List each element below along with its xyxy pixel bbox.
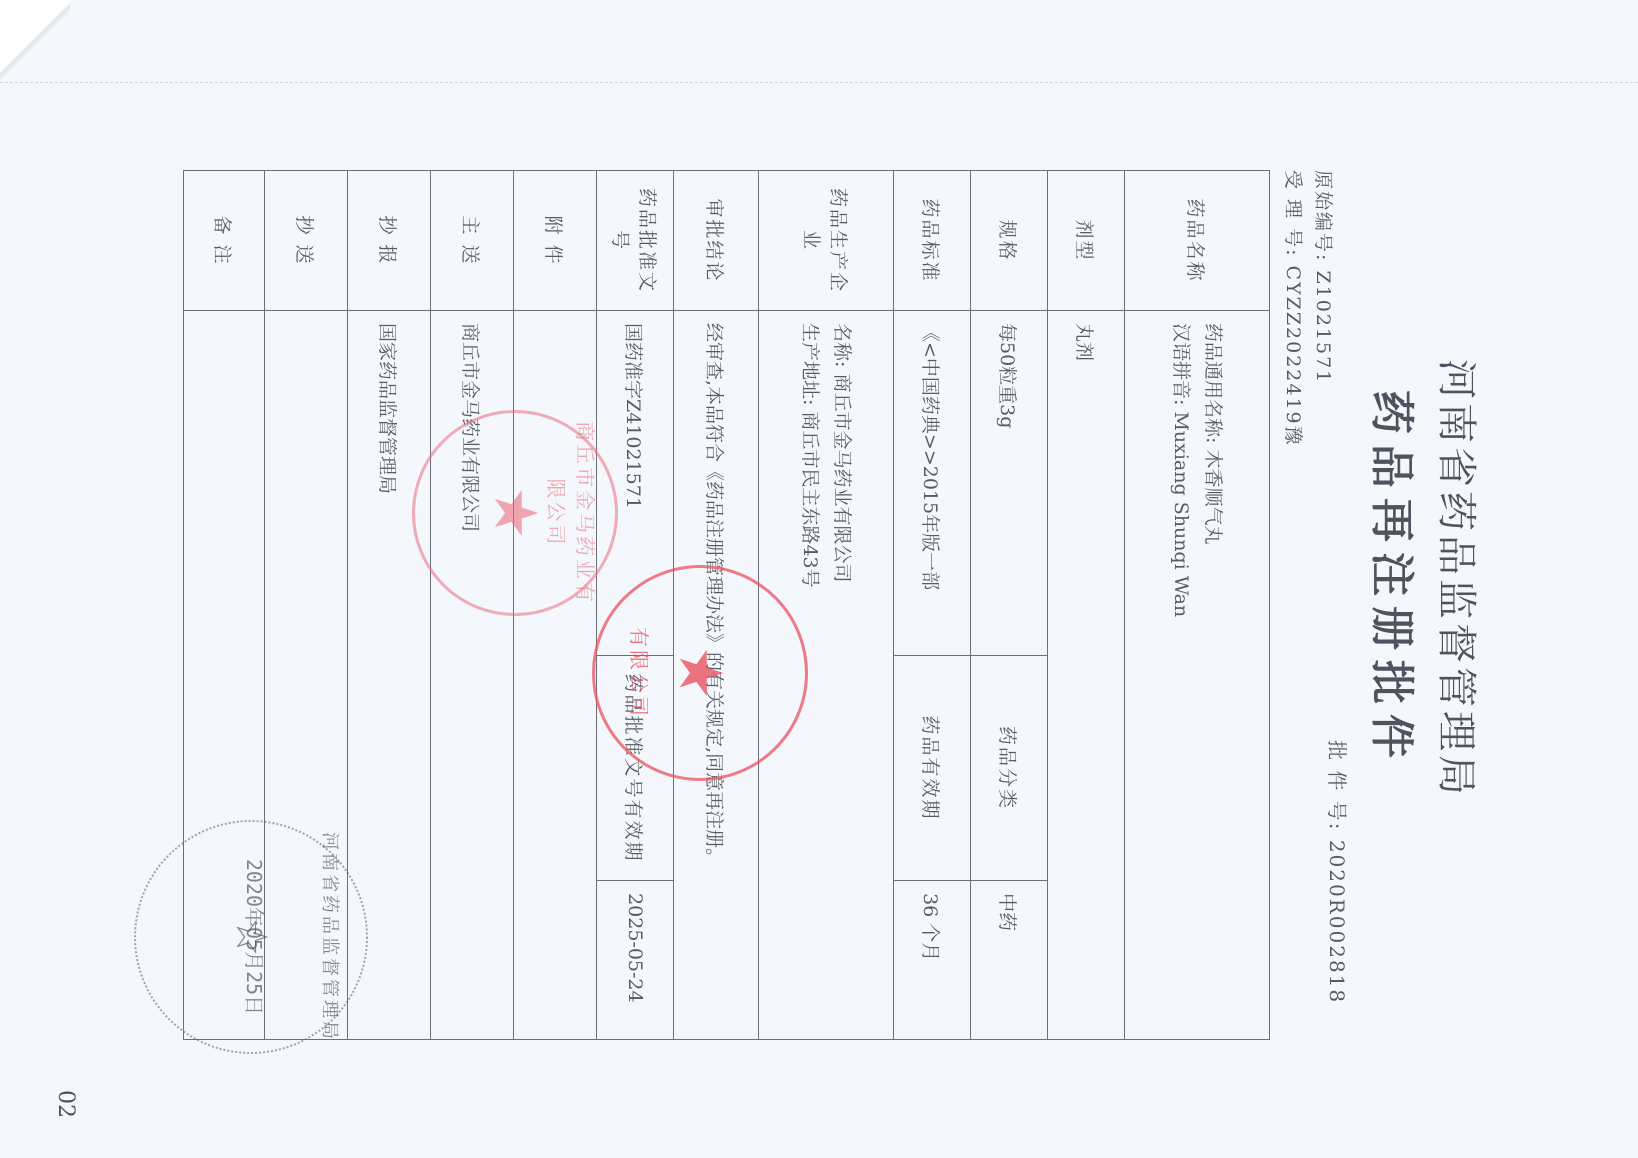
document-page: 河南省药品监督管理局 药品再注册批件 批 件 号: 2020R002818 原始…	[0, 0, 1638, 1158]
acceptance-number-value: CYZZ2022419豫	[1282, 266, 1304, 447]
table-row: 药品名称 药品通用名称: 木香顺气丸 汉语拼音: Muxiang Shunqi …	[1125, 171, 1270, 1040]
original-number-value: Z1021571	[1312, 270, 1334, 384]
generic-name: 药品通用名称: 木香顺气丸	[1197, 323, 1229, 1027]
pinyin-label: 汉语拼音:	[1170, 323, 1192, 405]
spec-value: 每50粒重3g	[971, 311, 1048, 656]
star-icon: ★	[480, 486, 550, 540]
attachment-label: 附 件	[514, 171, 597, 311]
drug-name-cell: 药品通用名称: 木香顺气丸 汉语拼音: Muxiang Shunqi Wan	[1125, 311, 1270, 1040]
standard-value: 《<中国药典>>2015年版一部	[894, 311, 971, 656]
remark-label: 备 注	[184, 171, 265, 311]
manufacturer-name: 名称: 商丘市金马药业有限公司	[826, 323, 858, 1027]
validity-label: 药品有效期	[894, 656, 971, 881]
original-number: 原始编号: Z1021571	[1311, 170, 1338, 384]
official-seal-text: 河南省药品监督管理局	[318, 822, 344, 1052]
category-value: 中药	[971, 881, 1048, 1040]
pinyin-name: 汉语拼音: Muxiang Shunqi Wan	[1165, 323, 1197, 1027]
report-to-label: 抄 报	[348, 171, 431, 311]
table-row: 规格 每50粒重3g 药品分类 中药	[971, 171, 1048, 1040]
manufacturer-label: 药品生产企业	[759, 171, 894, 311]
spec-label: 规格	[971, 171, 1048, 311]
conclusion-label: 审批结论	[674, 171, 759, 311]
official-seal-stamp: ☆ 河南省药品监督管理局 2020年05月25日	[134, 820, 368, 1054]
manufacturer-address-value: 商丘市民主东路43号	[799, 411, 821, 587]
company-seal-text-2: 有限公司	[626, 568, 655, 778]
page-number: 02	[53, 1090, 78, 1118]
send-to-label: 主 送	[431, 171, 514, 311]
generic-name-value: 木香顺气丸	[1202, 449, 1224, 544]
document-title: 药品再注册批件	[1364, 0, 1428, 1158]
standard-label: 药品标准	[894, 171, 971, 311]
drug-name-label: 药品名称	[1125, 171, 1270, 311]
seal-date: 2020年05月25日	[241, 822, 270, 1052]
company-seal-text: 商丘市金马药业有限公司	[543, 413, 601, 613]
dosage-form-label: 剂型	[1048, 171, 1125, 311]
issuing-authority: 河南省药品监督管理局	[1431, 0, 1488, 1158]
acceptance-number: 受 理 号: CYZZ2022419豫	[1281, 170, 1308, 447]
generic-name-label: 药品通用名称:	[1202, 323, 1224, 443]
manufacturer-name-value: 商丘市金马药业有限公司	[831, 373, 853, 582]
pinyin-value: Muxiang Shunqi Wan	[1170, 411, 1192, 617]
approval-number: 批 件 号: 2020R002818	[1324, 740, 1353, 1004]
company-seal-stamp-2: ★ 有限公司	[592, 565, 808, 781]
manufacturer-address-label: 生产地址:	[799, 323, 821, 405]
category-label: 药品分类	[971, 656, 1048, 881]
approval-number-label: 批 件 号:	[1325, 740, 1349, 831]
batch-validity-value: 2025-05-24	[597, 881, 674, 1040]
company-seal-stamp: ★ 商丘市金马药业有限公司	[412, 410, 618, 616]
manufacturer-name-label: 名称:	[831, 323, 853, 367]
batch-label: 药品批准文号	[597, 171, 674, 311]
table-row: 药品标准 《<中国药典>>2015年版一部 药品有效期 36 个月	[894, 171, 971, 1040]
dosage-form-value: 丸剂	[1048, 311, 1125, 1040]
validity-value: 36 个月	[894, 881, 971, 1040]
original-number-label: 原始编号:	[1312, 170, 1334, 262]
cc-label: 抄 送	[265, 171, 348, 311]
acceptance-number-label: 受 理 号:	[1282, 170, 1304, 257]
approval-number-value: 2020R002818	[1325, 840, 1349, 1004]
table-row: 剂型 丸剂	[1048, 171, 1125, 1040]
star-icon: ★	[665, 646, 735, 700]
